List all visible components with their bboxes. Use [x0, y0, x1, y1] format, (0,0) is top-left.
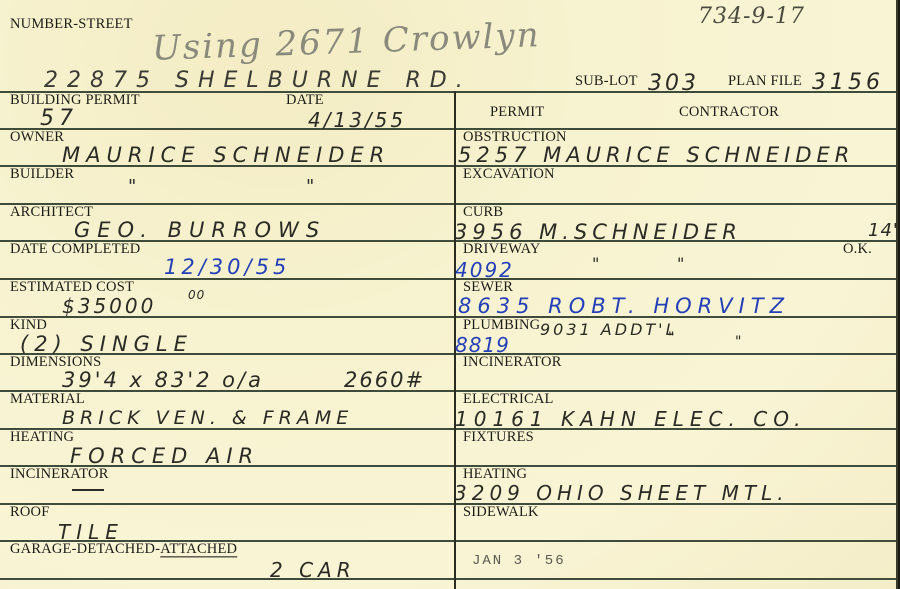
- garage-label-prefix: GARAGE-DETACHED-: [10, 541, 160, 558]
- rule: [0, 578, 898, 580]
- plumbing-ditto: ": [735, 334, 746, 350]
- driveway-ok: O.K.: [843, 241, 872, 259]
- incinerator-label: INCINERATOR: [10, 466, 109, 484]
- plumbing-ditto: ": [668, 330, 679, 346]
- building-permit-card: NUMBER-STREET Using 2671 Crowlyn 734-9-1…: [0, 0, 898, 589]
- estimated-cost-value: $35000: [62, 294, 156, 318]
- curb-label: CURB: [463, 204, 503, 222]
- excavation-label: EXCAVATION: [463, 166, 555, 184]
- architect-value: GEO. BURROWS: [74, 218, 326, 242]
- date-stamp: JAN 3 '56: [472, 553, 566, 569]
- heating-value: FORCED AIR: [70, 444, 259, 468]
- material-label: MATERIAL: [10, 391, 85, 409]
- sub-lot-value: 303: [648, 71, 699, 96]
- driveway-ditto: ": [677, 254, 689, 273]
- electrical-value: 10161 KAHN ELEC. CO.: [455, 407, 806, 431]
- right-incinerator-label: INCINERATOR: [463, 354, 562, 372]
- garage-attached-underlined: ATTACHED: [160, 541, 237, 558]
- kind-value: (2) SINGLE: [20, 332, 193, 356]
- sub-lot-label: SUB-LOT: [575, 73, 638, 91]
- roof-label: ROOF: [10, 504, 49, 522]
- sewer-value: 8635 ROBT. HORVITZ: [458, 294, 790, 318]
- garage-value: 2 CAR: [270, 558, 356, 582]
- obstruction-value: 5257 MAURICE SCHNEIDER: [458, 143, 854, 167]
- heating-label: HEATING: [10, 429, 74, 447]
- owner-label: OWNER: [10, 129, 64, 147]
- dimensions-area: 2660#: [344, 368, 425, 392]
- permit-date-value: 4/13/55: [308, 108, 406, 132]
- sidewalk-label: SIDEWALK: [463, 504, 539, 522]
- file-reference: 734-9-17: [698, 4, 805, 29]
- rule: [0, 128, 898, 130]
- plumbing-additional: 9031 ADDT'L: [540, 320, 677, 339]
- date-completed-value: 12/30/55: [164, 255, 290, 279]
- driveway-label: DRIVEWAY: [463, 241, 541, 259]
- permit-column-header: PERMIT: [490, 104, 544, 122]
- building-permit-value: 57: [40, 106, 78, 131]
- heating-contractor-value: 3209 OHIO SHEET MTL.: [454, 481, 789, 505]
- owner-value: MAURICE SCHNEIDER: [62, 143, 390, 167]
- contractor-column-header: CONTRACTOR: [679, 104, 779, 122]
- address-value: 22875 SHELBURNE RD.: [44, 68, 472, 93]
- pencil-note: Using 2671 Crowlyn: [151, 15, 541, 69]
- card-edge: [896, 0, 898, 589]
- dimensions-value: 39'4 x 83'2 o/a: [62, 368, 264, 392]
- fixtures-label: FIXTURES: [463, 429, 534, 447]
- curb-length: 14': [868, 220, 898, 241]
- driveway-ditto: ": [592, 254, 604, 273]
- rule: [0, 278, 898, 280]
- electrical-label: ELECTRICAL: [463, 391, 554, 409]
- plumbing-label: PLUMBING: [463, 317, 540, 335]
- incinerator-none-dash: [72, 489, 104, 491]
- material-value: BRICK VEN. & FRAME: [62, 407, 353, 429]
- builder-ditto: ": [128, 176, 141, 197]
- date-label: DATE: [286, 92, 324, 110]
- plan-file-value: 3156: [812, 70, 884, 95]
- date-completed-label: DATE COMPLETED: [10, 241, 140, 259]
- builder-ditto: ": [306, 176, 319, 197]
- builder-label: BUILDER: [10, 166, 74, 184]
- number-street-label: NUMBER-STREET: [10, 16, 133, 34]
- garage-label: GARAGE-DETACHED-ATTACHED: [10, 541, 237, 559]
- rule: [0, 203, 898, 205]
- plan-file-label: PLAN FILE: [728, 73, 802, 91]
- estimated-cost-cents: 00: [188, 288, 205, 302]
